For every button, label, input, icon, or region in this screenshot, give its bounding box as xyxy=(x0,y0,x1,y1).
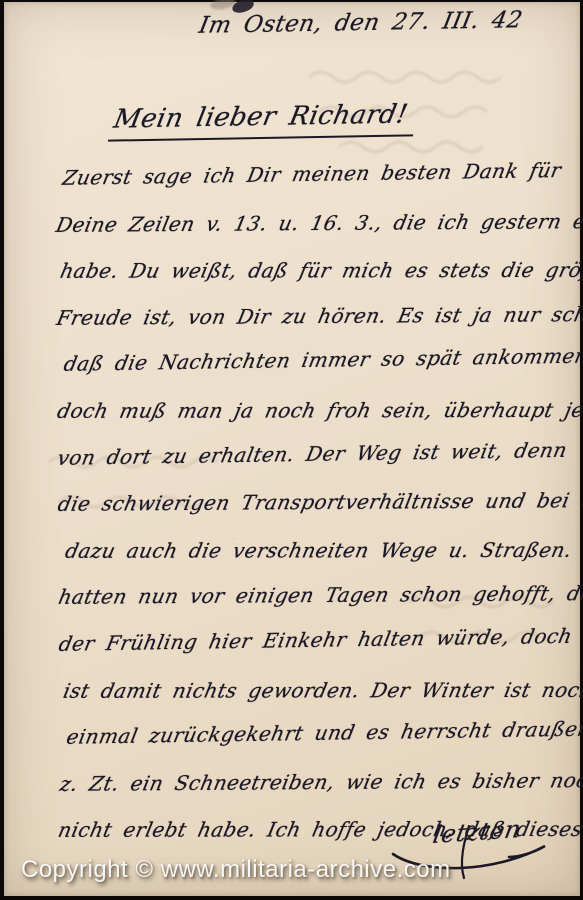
letter-body-line: der Frühling hier Einkehr halten würde, … xyxy=(52,623,583,678)
letter-body-line: die schwierigen Transportverhältnisse un… xyxy=(51,488,583,538)
letter-body-line: Zuerst sage ich Dir meinen besten Dank f… xyxy=(56,158,583,213)
letter-body-line: z. Zt. ein Schneetreiben, wie ich es bis… xyxy=(53,768,583,818)
letter-body-line: dazu auch die verschneiten Wege u. Straß… xyxy=(58,538,583,586)
letter-paper: Im Osten, den 27. III. 42 Mein lieber Ri… xyxy=(4,2,580,896)
letter-body-line: von dort zu erhalten. Der Weg ist weit, … xyxy=(51,437,583,492)
letter-body-line: Deine Zeilen v. 13. u. 16. 3., die ich g… xyxy=(49,209,583,259)
letter-body-line: einmal zurückgekehrt und es herrscht dra… xyxy=(60,717,583,772)
letter-body-line: habe. Du weißt, daß für mich es stets di… xyxy=(53,258,583,306)
letter-body: Zuerst sage ich Dir meinen besten Dank f… xyxy=(54,162,583,865)
letter-dateline: Im Osten, den 27. III. 42 xyxy=(197,7,525,39)
copyright-watermark: Copyright © www.militaria-archive.com xyxy=(21,856,451,884)
scanned-letter-page: { "letter": { "dateline": "Im Osten, den… xyxy=(0,0,583,900)
letter-body-line: daß die Nachrichten immer so spät ankomm… xyxy=(57,344,583,399)
letter-salutation: Mein lieber Richard! xyxy=(108,99,421,141)
